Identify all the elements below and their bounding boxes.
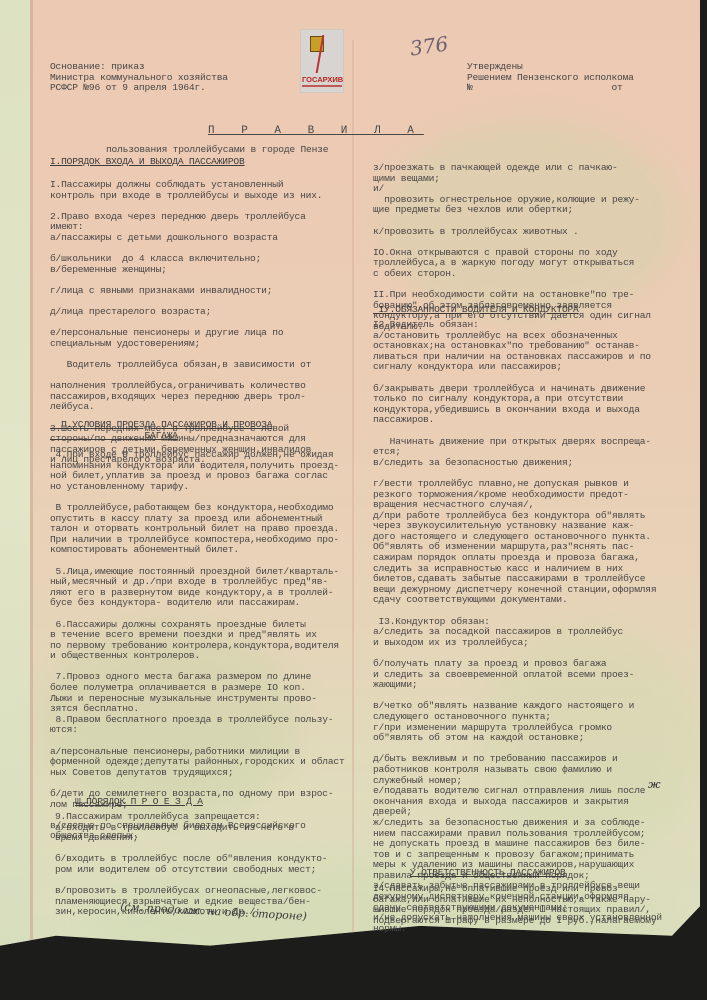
header-left-basis: Основание: приказ Министра коммунального… — [50, 62, 228, 94]
section-3-body: 9.Пассажирам троллейбуса запрещается: а/… — [55, 812, 327, 918]
section-5-heading: У.ОТВЕТСТВЕННОСТЬ ПАССАЖИРОВ — [410, 868, 566, 879]
section-4-body: I2.Водитель обязан: а/остановить троллей… — [373, 320, 662, 934]
archive-logo-underline — [302, 85, 342, 87]
handwritten-margin-mark: ж — [648, 778, 661, 791]
section-5-body: I4.Пассажиры,не оплатившие проезд или пр… — [373, 884, 656, 926]
section-2-heading: П.УСЛОВИЯ ПРОЕЗДА ПАССАЖИРОВ И ПРОВОЗА Б… — [50, 420, 272, 441]
archive-logo-label: ГОСАРХИВ — [302, 75, 342, 84]
section-3-heading: Ш.ПОРЯДОК П Р О Е З Д А — [75, 797, 203, 808]
page-fold-line — [352, 40, 354, 970]
document-title: П Р А В И Л А — [208, 126, 424, 137]
section-1-heading: I.ПОРЯДОК ВХОДА И ВЫХОДА ПАССАЖИРОВ — [50, 157, 245, 168]
header-right-approval: Утверждены Решением Пензенского исполком… — [467, 62, 634, 94]
archive-logo: ГОСАРХИВ — [300, 29, 344, 93]
document-subtitle: пользования троллейбусами в городе Пензе — [106, 145, 328, 156]
section-4-heading: IУ.ОБЯЗАННОСТИ ВОДИТЕЛЯ И КОНДУКТОРА — [373, 305, 579, 316]
section-2-body: 4.При входе в троллейбус пассажир должен… — [50, 450, 345, 842]
